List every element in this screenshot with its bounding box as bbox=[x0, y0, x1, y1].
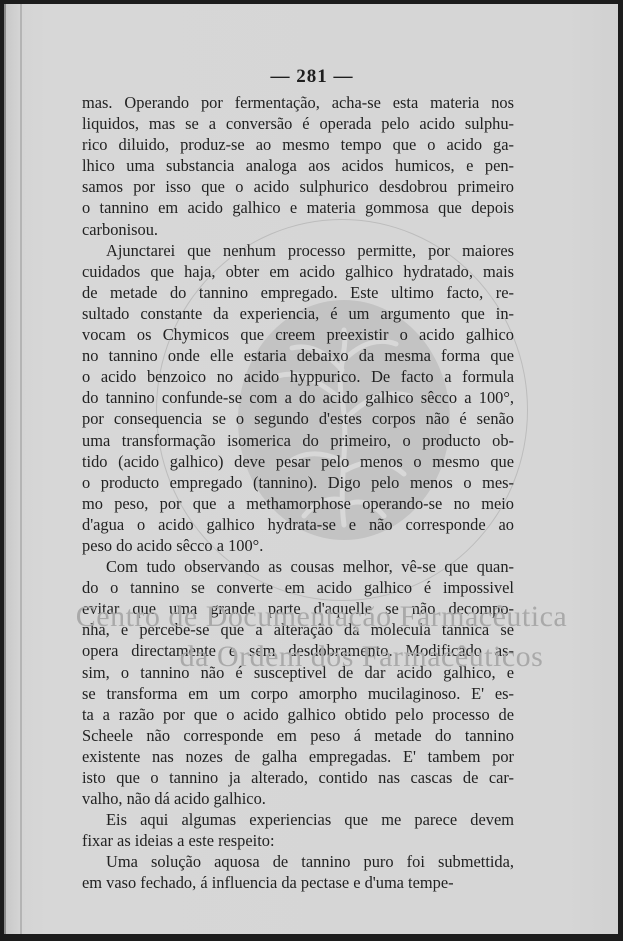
text-line: samos por isso que o acido sulphurico de… bbox=[82, 176, 514, 197]
paragraph: Eis aqui algumas experiencias que me par… bbox=[82, 809, 514, 851]
text-line: existente nas nozes de galha empregadas.… bbox=[82, 746, 514, 767]
text-line: o tannino em acido galhico e materia gom… bbox=[82, 197, 514, 218]
watermark-text-line-2: da Ordem dos Farmacêuticos bbox=[50, 640, 623, 674]
scanned-page: — 281 — mas. Operando por fermentação, a… bbox=[4, 4, 618, 934]
text-line: Scheele não corresponde em peso á metade… bbox=[82, 725, 514, 746]
text-line: peso do acido sêcco a 100°. bbox=[82, 535, 514, 556]
text-line: uma transformação isomerica do primeiro,… bbox=[82, 430, 514, 451]
text-line: Ajunctarei que nenhum processo permitte,… bbox=[82, 240, 514, 261]
text-line: em vaso fechado, á influencia da pectase… bbox=[82, 872, 514, 893]
text-line: Com tudo observando as cousas melhor, vê… bbox=[82, 556, 514, 577]
text-line: lhico uma substancia analoga aos acidos … bbox=[82, 155, 514, 176]
body-text: mas. Operando por fermentação, acha-se e… bbox=[82, 92, 514, 894]
paragraph: Com tudo observando as cousas melhor, vê… bbox=[82, 556, 514, 809]
text-line: no tannino onde elle estaria debaixo da … bbox=[82, 345, 514, 366]
text-line: ta a razão por que o acido galhico obtid… bbox=[82, 704, 514, 725]
watermark-text-line-1: Centro de Documentação Farmacêutica bbox=[10, 600, 623, 634]
paragraph: Ajunctarei que nenhum processo permitte,… bbox=[82, 240, 514, 556]
text-line: rico diluido, produz-se ao mesmo tempo q… bbox=[82, 134, 514, 155]
text-line: tido (acido galhico) deve pesar pelo men… bbox=[82, 451, 514, 472]
text-line: do o tannino se converte em acido galhic… bbox=[82, 577, 514, 598]
text-line: d'agua o acido galhico hydrata-se e não … bbox=[82, 514, 514, 535]
paragraph: Uma solução aquosa de tannino puro foi s… bbox=[82, 851, 514, 893]
text-line: vocam os Chymicos que creem preexistir o… bbox=[82, 324, 514, 345]
text-line: do tannino confunde-se com a do acido ga… bbox=[82, 387, 514, 408]
page-number: — 281 — bbox=[6, 66, 618, 88]
text-line: isto que o tannino ja alterado, contido … bbox=[82, 767, 514, 788]
text-line: se transforma em um corpo amorpho mucila… bbox=[82, 683, 514, 704]
text-line: Uma solução aquosa de tannino puro foi s… bbox=[82, 851, 514, 872]
text-line: o acido benzoico no acido hyppurico. De … bbox=[82, 366, 514, 387]
text-line: por consequencia se o segundo d'estes co… bbox=[82, 408, 514, 429]
text-line: sultado constante da experiencia, é um a… bbox=[82, 303, 514, 324]
text-line: mas. Operando por fermentação, acha-se e… bbox=[82, 92, 514, 113]
text-line: Eis aqui algumas experiencias que me par… bbox=[82, 809, 514, 830]
text-line: carbonisou. bbox=[82, 219, 514, 240]
text-line: liquidos, mas se a conversão é operada p… bbox=[82, 113, 514, 134]
text-line: fixar as ideias a este respeito: bbox=[82, 830, 514, 851]
text-line: valho, não dá acido galhico. bbox=[82, 788, 514, 809]
book-spine-edge bbox=[20, 4, 22, 934]
paragraph: mas. Operando por fermentação, acha-se e… bbox=[82, 92, 514, 240]
text-line: mo peso, por que a methamorphose operand… bbox=[82, 493, 514, 514]
text-line: o producto empregado (tannino). Digo pel… bbox=[82, 472, 514, 493]
text-line: de metade do tannino empregado. Este ult… bbox=[82, 282, 514, 303]
text-line: cuidados que haja, obter em acido galhic… bbox=[82, 261, 514, 282]
